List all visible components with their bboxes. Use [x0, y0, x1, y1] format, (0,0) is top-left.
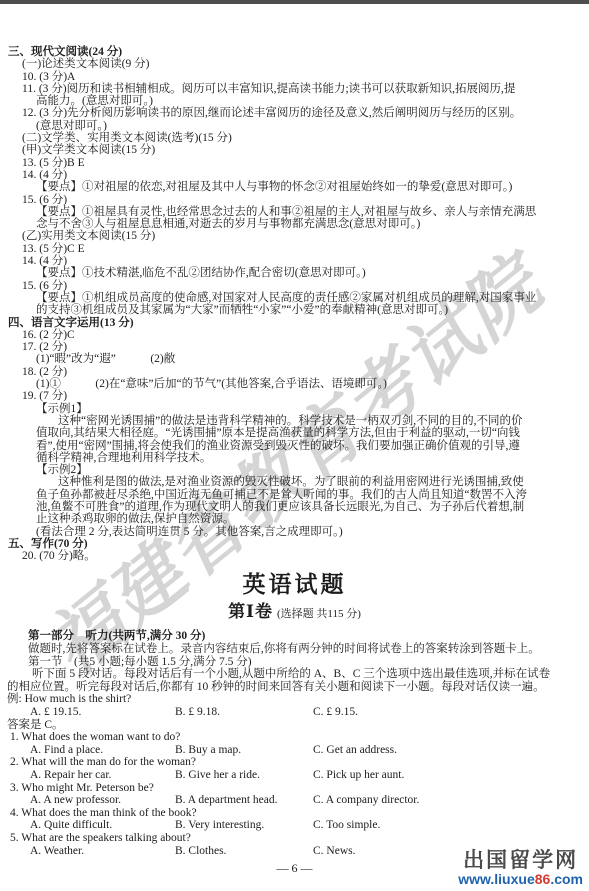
- answer-line: 14. (4 分): [0, 255, 589, 267]
- options-row: A. Repair her car. B. Give her a ride. C…: [0, 769, 589, 782]
- answer-line: 14. (4 分): [0, 169, 589, 181]
- answer-line: 高能力。(意思对即可。): [0, 95, 589, 107]
- example-question: 例: How much is the shirt?: [0, 693, 589, 706]
- part1-heading: 第一部分 听力(共两节,满分 30 分): [0, 630, 589, 643]
- answer-line: 10. (3 分)A: [0, 71, 589, 83]
- question-line: 5. What are the speakers talking about?: [0, 832, 589, 845]
- logo-url-suffix: .com: [550, 871, 583, 887]
- question-line: 2. What will the man do for the woman?: [0, 756, 589, 769]
- answer-line: 鱼子鱼孙都被赶尽杀绝,中国近海无鱼可捕已不是耸人听闻的事。我们的古人尚且知道“数…: [0, 489, 589, 501]
- option-b: B. £ 9.18.: [175, 706, 313, 719]
- volume-note: (选择题 共115 分): [277, 608, 361, 620]
- answer-line: (意思对即可。): [0, 120, 589, 132]
- question-line: 1. What does the woman want to do?: [0, 731, 589, 744]
- answer-line: 20. (70 分)略。: [0, 550, 589, 562]
- answer-line: 【要点】①祖屋具有灵性,也经常思念过去的人和事②祖屋的主人,对祖屋与故乡、亲人与…: [0, 206, 589, 218]
- logo-site-url: www.liuxue86.com: [458, 872, 583, 886]
- option-a: A. Find a place.: [30, 744, 175, 757]
- example-answer: 答案是 C。: [0, 719, 589, 732]
- answer-line: 13. (5 分)B E: [0, 157, 589, 169]
- option-a: A. Weather.: [30, 845, 175, 858]
- question-line: 3. Who might Mr. Peterson be?: [0, 782, 589, 795]
- options-row: A. A new professor. B. A department head…: [0, 794, 589, 807]
- answer-line: 13. (5 分)C E: [0, 243, 589, 255]
- volume-heading: 第Ⅰ卷 (选择题 共115 分): [0, 602, 589, 624]
- scan-top-edge: [0, 0, 589, 4]
- answer-line: 【示例1】: [0, 403, 589, 415]
- answer-line: (1)① (2)在“意味”后加“的节气”(其他答案,合乎语法、语境即可。): [0, 378, 589, 390]
- logo-site-name: 出国留学网: [458, 850, 583, 872]
- option-b: B. Very interesting.: [175, 819, 313, 832]
- answer-line: (二)文学类、实用类文本阅读(选考)(15 分): [0, 132, 589, 144]
- option-a: A. Repair her car.: [30, 769, 175, 782]
- listening-instruction-line: 听下面 5 段对话。每段对话后有一个小题,从题中所给的 A、B、C 三个选项中选…: [0, 668, 589, 681]
- option-a: A. Quite difficult.: [30, 819, 175, 832]
- logo-url-prefix: www.liuxue: [458, 871, 535, 887]
- answer-line: 止这种杀鸡取卵的做法,保护自然资源。: [0, 513, 589, 525]
- answer-line: (看法合理 2 分,表达简明连贯 5 分。其他答案,言之成理即可。): [0, 526, 589, 538]
- liuxue-logo: 出国留学网 www.liuxue86.com: [458, 850, 583, 886]
- answer-line: (乙)实用类文本阅读(15 分): [0, 230, 589, 242]
- answer-line: 的支持③机组成员及其家属为“大家”而牺牲“小家”“小爱”的奉献精神(意思对即可。…: [0, 304, 589, 316]
- question-line: 4. What does the man think of the book?: [0, 807, 589, 820]
- section-heading-modern-reading: 三、现代文阅读(24 分): [0, 46, 589, 58]
- options-row: A. Quite difficult. B. Very interesting.…: [0, 819, 589, 832]
- answer-line: (一)论述类文本阅读(9 分): [0, 58, 589, 70]
- answer-line: 18. (2 分): [0, 366, 589, 378]
- option-b: B. A department head.: [175, 794, 313, 807]
- english-paper-title: 英语试题: [0, 572, 589, 598]
- answer-line: 16. (2 分)C: [0, 329, 589, 341]
- answer-line: 【要点】①技术精湛,临危不乱②团结协作,配合密切(意思对即可。): [0, 267, 589, 279]
- answer-line: 池,鱼鳖不可胜食”的道理,作为现代文明人的我们更应该具备长远眼光,为自己、为子孙…: [0, 501, 589, 513]
- option-a: A. £ 19.15.: [30, 706, 175, 719]
- answer-line: 19. (7 分): [0, 390, 589, 402]
- answer-line: 11. (3 分)阅历和读书相辅相成。阅历可以丰富知识,提高读书能力;读书可以获…: [0, 83, 589, 95]
- answer-line: 15. (6 分): [0, 280, 589, 292]
- option-c: C. Too simple.: [313, 819, 589, 832]
- answer-line: 看”,使用“密网”围捕,将会使我们的渔业资源受到毁灭性的破坏。我们要加强正确价值…: [0, 440, 589, 452]
- section-heading-writing: 五、写作(70 分): [0, 538, 589, 550]
- answer-line: 【要点】①机组成员高度的使命感,对国家对人民高度的责任感②家属对机组成员的理解,…: [0, 292, 589, 304]
- option-b: B. Buy a map.: [175, 744, 313, 757]
- answer-line: (1)“暇”改为“遐” (2)敝: [0, 353, 589, 365]
- option-c: C. A company director.: [313, 794, 589, 807]
- instruction-line: 做题时,先将答案标在试卷上。录音内容结束后,你将有两分钟的时间将试卷上的答案转涂…: [0, 643, 589, 656]
- answer-line: 12. (3 分)先分析阅历影响读书的原因,继而论述丰富阅历的途径及意义,然后阐…: [0, 107, 589, 119]
- option-c: C. Pick up her aunt.: [313, 769, 589, 782]
- section1-heading: 第一节 (共5 小题;每小题 1.5 分,满分 7.5 分): [0, 656, 589, 669]
- answer-line: 值取向,其结果大相径庭。“光诱围捕”原本是提高渔获量的科学方法,但由于利益的驱动…: [0, 427, 589, 439]
- answer-line: 这种“密网光诱围捕”的做法是违背科学精神的。科学技术是一柄双刃剑,不同的目的,不…: [0, 415, 589, 427]
- answer-sheet-page: 三、现代文阅读(24 分) (一)论述类文本阅读(9 分) 10. (3 分)A…: [0, 46, 589, 857]
- volume-label: 第Ⅰ卷: [228, 602, 273, 621]
- section-heading-language-use: 四、语言文字运用(13 分): [0, 317, 589, 329]
- option-a: A. A new professor.: [30, 794, 175, 807]
- answer-line: (甲)文学类文本阅读(15 分): [0, 144, 589, 156]
- option-c: C. £ 9.15.: [313, 706, 589, 719]
- answer-line: 这种惟利是图的做法,是对渔业资源的毁灭性破坏。为了眼前的利益用密网进行光诱围捕,…: [0, 476, 589, 488]
- options-row: A. Find a place. B. Buy a map. C. Get an…: [0, 744, 589, 757]
- answer-line: 【要点】①对祖屋的依恋,对祖屋及其中人与事物的怀念②对祖屋始终如一的挚爱(意思对…: [0, 181, 589, 193]
- answer-line: 念与不舍③人与祖屋息息相通,对逝去的岁月与事物都充满思念(意思对即可。): [0, 218, 589, 230]
- answer-line: 17. (2 分): [0, 341, 589, 353]
- logo-url-number: 86: [535, 871, 551, 887]
- options-row: A. £ 19.15. B. £ 9.18. C. £ 9.15.: [0, 706, 589, 719]
- option-b: B. Clothes.: [175, 845, 313, 858]
- answer-line: 15. (6 分): [0, 194, 589, 206]
- answer-line: 循科学精神,合理地利用科学技术。: [0, 452, 589, 464]
- listening-instruction-line: 的相应位置。听完每段对话后,你都有 10 秒钟的时间来回答有关小题和阅读下一小题…: [0, 681, 589, 694]
- answer-line: 【示例2】: [0, 464, 589, 476]
- option-c: C. Get an address.: [313, 744, 589, 757]
- option-b: B. Give her a ride.: [175, 769, 313, 782]
